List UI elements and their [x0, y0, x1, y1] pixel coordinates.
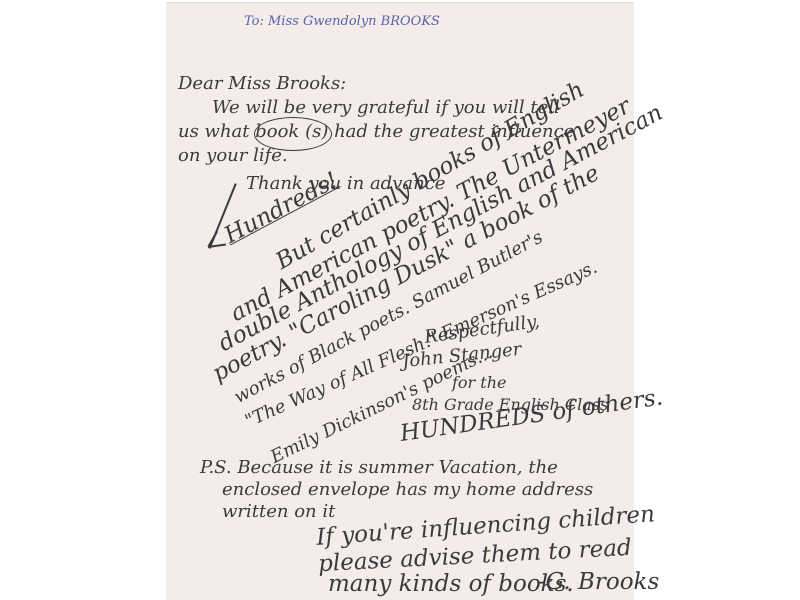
ps-line-3: written on it — [222, 503, 335, 521]
body-line-1: We will be very grateful if you will tel… — [212, 99, 560, 117]
sender-affiliation-1: for the — [452, 375, 507, 391]
letter-paper: To: Miss Gwendolyn BROOKS Dear Miss Broo… — [166, 3, 634, 600]
body-line-3: on your life. — [178, 147, 288, 165]
ps-line-2: enclosed envelope has my home address — [222, 481, 593, 499]
addressee-header: To: Miss Gwendolyn BROOKS — [244, 15, 440, 28]
salutation: Dear Miss Brooks: — [178, 75, 346, 93]
signature: -G. Brooks — [538, 571, 659, 594]
ps-line-1: P.S. Because it is summer Vacation, the — [200, 459, 558, 477]
advice-line-3: many kinds of books. — [328, 573, 574, 596]
